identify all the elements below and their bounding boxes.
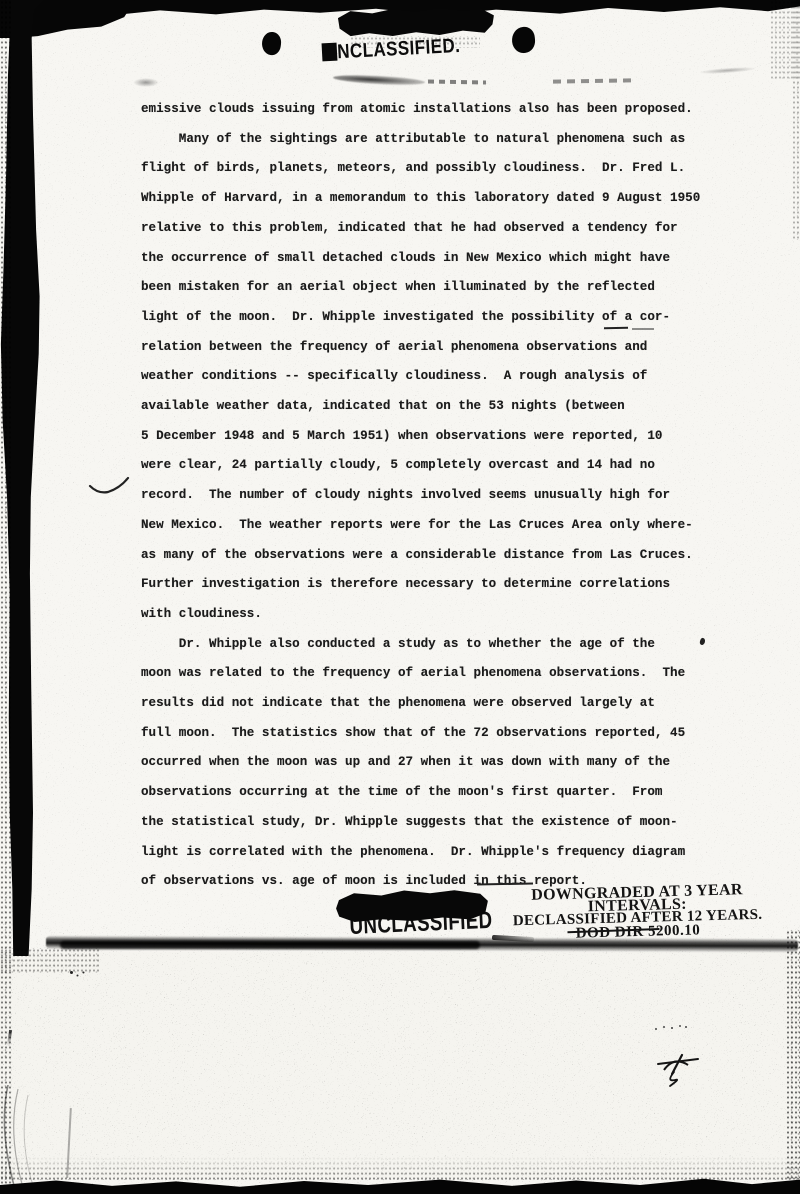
body-line: results did not indicate that the phenom… [141,689,706,719]
document-body: emissive clouds issuing from atomic inst… [141,95,706,897]
body-line: Further investigation is therefore neces… [141,570,706,600]
body-line: available weather data, indicated that o… [141,392,706,422]
underline-artifact [632,328,654,330]
body-line: New Mexico. The weather reports were for… [141,511,706,541]
bottom-edge-grain [0,1156,800,1180]
hole-punch-mark-right [511,26,537,54]
hole-punch-mark-left [260,31,282,56]
body-line: full moon. The statistics show that of t… [141,719,706,749]
body-line: been mistaken for an aerial object when … [141,273,706,303]
smudge-mark [133,78,159,87]
ink-blot-on-stamp [322,43,338,62]
body-line: as many of the observations were a consi… [141,541,706,571]
body-line: relative to this problem, indicated that… [141,214,706,244]
handwritten-checkmark [88,470,130,498]
ink-specks [655,1028,657,1030]
body-line: occurred when the moon was up and 27 whe… [141,748,706,778]
body-line: the statistical study, Dr. Whipple sugge… [141,808,706,838]
smudge-mark [333,74,425,87]
left-margin-noise [0,0,12,1194]
body-line: moon was related to the frequency of aer… [141,659,706,689]
body-line: relation between the frequency of aerial… [141,333,706,363]
corner-top-right-noise [770,0,800,80]
body-line: observations occurring at the time of th… [141,778,706,808]
body-line: emissive clouds issuing from atomic inst… [141,95,706,125]
page-edge-smudge-core [60,941,480,949]
body-line: flight of birds, planets, meteors, and p… [141,154,706,184]
body-line: 5 December 1948 and 5 March 1951) when o… [141,422,706,452]
smudge-mark [700,66,755,75]
body-line: Whipple of Harvard, in a memorandum to t… [141,184,706,214]
body-line: light is correlated with the phenomena. … [141,838,706,868]
downgrade-stamp: DOWNGRADED AT 3 YEAR INTERVALS: DECLASSI… [484,882,790,944]
body-line: Many of the sightings are attributable t… [141,125,706,155]
body-line: Dr. Whipple also conducted a study as to… [141,630,706,660]
body-line: were clear, 24 partially cloudy, 5 compl… [141,451,706,481]
ink-scribble-mark [652,1046,704,1090]
smudge-mark [428,79,486,84]
body-line: weather conditions -- specifically cloud… [141,362,706,392]
smudge-mark [553,78,631,83]
body-line: with cloudiness. [141,600,706,630]
scanned-document-page: UNCLASSIFIED. emissive clouds issuing fr… [0,0,800,1194]
edge-noise-patch [0,948,100,974]
underline-artifact [604,327,628,329]
right-edge-noise [786,930,800,1182]
body-line: record. The number of cloudy nights invo… [141,481,706,511]
body-line: the occurrence of small detached clouds … [141,244,706,274]
unclassified-stamp-top: UNCLASSIFIED. [324,35,461,65]
